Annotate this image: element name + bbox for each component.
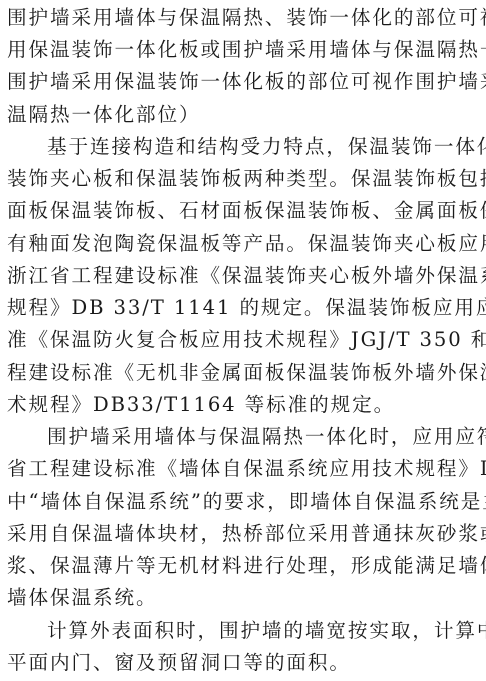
text-line: 平面内门、窗及预留洞口等的面积。 bbox=[7, 647, 351, 679]
text-line: 有釉面发泡陶瓷保温板等产品。保温装饰夹心板应用应符合现行 bbox=[7, 228, 486, 260]
text-line: 墙体保温系统。 bbox=[7, 582, 157, 614]
text-line: 准《保温防火复合板应用技术规程》JGJ/T 350 和现行浙江省工 bbox=[7, 324, 486, 356]
paragraph-first-line: 围护墙采用墙体与保温隔热一体化时，应用应符合现行浙江 bbox=[47, 421, 486, 453]
text-line: 术规程》DB33/T1164 等标准的规定。 bbox=[7, 389, 395, 421]
text-line: 面板保温装饰板、石材面板保温装饰板、金属面板保温装饰板和 bbox=[7, 195, 486, 227]
text-line: 程建设标准《无机非金属面板保温装饰板外墙外保温系统应用技 bbox=[7, 357, 486, 389]
text-line: 温隔热一体化部位） bbox=[7, 99, 200, 131]
text-line: 省工程建设标准《墙体自保温系统应用技术规程》DB33/T 1102 bbox=[7, 453, 486, 485]
text-line: 采用自保温墙体块材，热桥部位采用普通抹灰砂浆或保温抹灰砂 bbox=[7, 518, 486, 550]
text-line: 用保温装饰一体化板或围护墙采用墙体与保温隔热一体化部位， bbox=[7, 34, 486, 66]
paragraph-first-line: 基于连接构造和结构受力特点，保温装饰一体化板分为保温 bbox=[47, 131, 486, 163]
text-line: 装饰夹心板和保温装饰板两种类型。保温装饰板包括无机非金属 bbox=[7, 163, 486, 195]
paragraph-first-line: 计算外表面积时，围护墙的墙宽按实取，计算中不扣除墙体 bbox=[47, 615, 486, 647]
text-line: 中“墙体自保温系统”的要求，即墙体自保温系统是主墙体部位 bbox=[7, 486, 486, 518]
text-line: 围护墙采用保温装饰一体化板的部位可视作围护墙采用墙体与保 bbox=[7, 66, 486, 98]
text-line: 围护墙采用墙体与保温隔热、装饰一体化的部位可视作围护墙采 bbox=[7, 2, 486, 34]
text-line: 规程》DB 33/T 1141 的规定。保温装饰板应用应符合现行行业标 bbox=[7, 292, 486, 324]
text-line: 浆、保温薄片等无机材料进行处理，形成能满足墙体节能要求的 bbox=[7, 550, 486, 582]
text-line: 浙江省工程建设标准《保温装饰夹心板外墙外保温系统应用技术 bbox=[7, 260, 486, 292]
